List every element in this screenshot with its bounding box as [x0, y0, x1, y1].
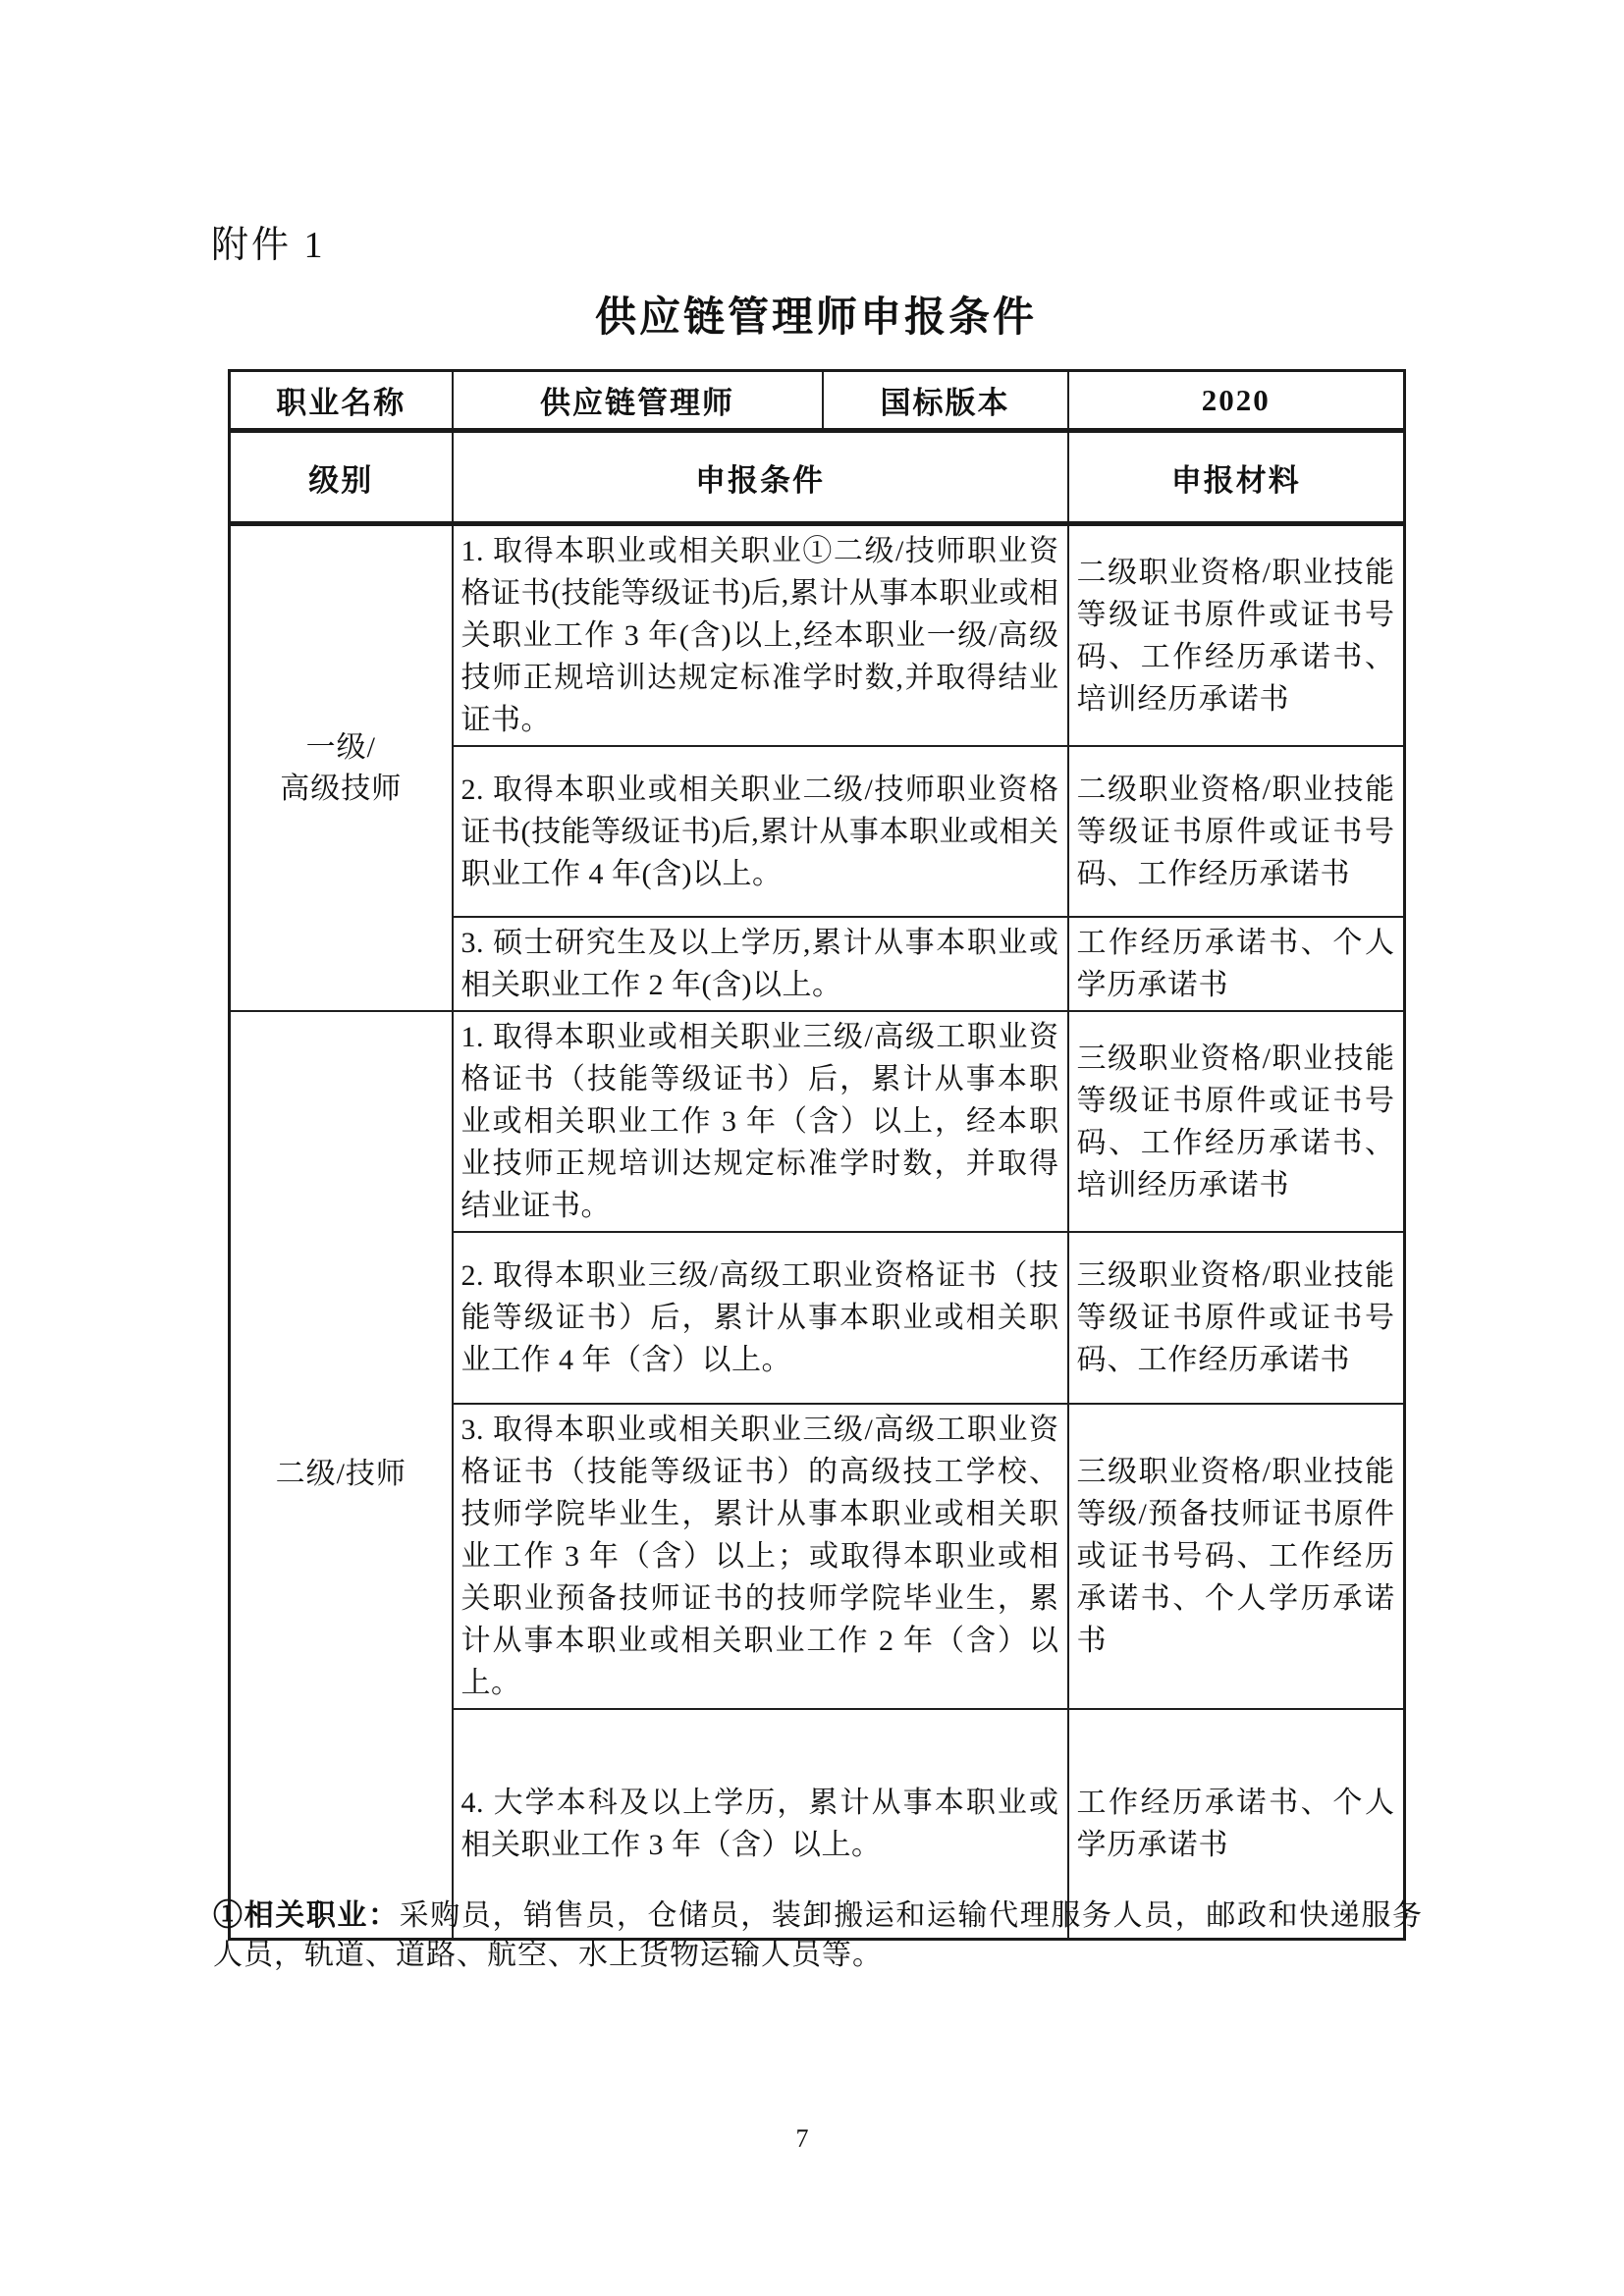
application-conditions-table: 职业名称 供应链管理师 国标版本 2020 级别 申报条件 申报材料 一级/ 高… [228, 369, 1406, 1941]
level-line: 二级/技师 [239, 1454, 444, 1495]
condition-cell: 2. 取得本职业或相关职业二级/技师职业资格证书(技能等级证书)后,累计从事本职… [453, 746, 1068, 917]
condition-cell: 3. 硕士研究生及以上学历,累计从事本职业或相关职业工作 2 年(含)以上。 [453, 917, 1068, 1011]
footnote-label: ①相关职业： [213, 1899, 400, 1932]
occupation-name-label: 职业名称 [230, 371, 453, 431]
footnote: ①相关职业：采购员，销售员，仓储员，装卸搬运和运输代理服务人员，邮政和快递服务人… [213, 1896, 1423, 1975]
condition-cell: 2. 取得本职业三级/高级工职业资格证书（技能等级证书）后，累计从事本职业或相关… [453, 1232, 1068, 1404]
table-meta-row: 职业名称 供应链管理师 国标版本 2020 [230, 371, 1405, 431]
condition-cell: 3. 取得本职业或相关职业三级/高级工职业资格证书（技能等级证书）的高级技工学校… [453, 1404, 1068, 1709]
material-cell: 二级职业资格/职业技能等级证书原件或证书号码、工作经历承诺书 [1068, 746, 1405, 917]
table-header-row: 级别 申报条件 申报材料 [230, 431, 1405, 524]
column-header-materials: 申报材料 [1068, 431, 1405, 524]
level-line: 一级/ [239, 727, 444, 769]
condition-cell: 1. 取得本职业或相关职业三级/高级工职业资格证书（技能等级证书）后，累计从事本… [453, 1011, 1068, 1232]
column-header-conditions: 申报条件 [453, 431, 1068, 524]
standard-version-label: 国标版本 [823, 371, 1068, 431]
level-line: 高级技师 [239, 769, 444, 810]
occupation-name-value: 供应链管理师 [453, 371, 823, 431]
page-title: 供应链管理师申报条件 [213, 285, 1419, 344]
material-cell: 三级职业资格/职业技能等级证书原件或证书号码、工作经历承诺书 [1068, 1232, 1405, 1404]
level-cell-section2: 二级/技师 [230, 1011, 453, 1939]
material-cell: 三级职业资格/职业技能等级/预备技师证书原件或证书号码、工作经历承诺书、个人学历… [1068, 1404, 1405, 1709]
document-page: 附件 1 供应链管理师申报条件 职业名称 供应链管理师 国标版本 2020 级别… [0, 0, 1624, 2296]
column-header-level: 级别 [230, 431, 453, 524]
material-cell: 二级职业资格/职业技能等级证书原件或证书号码、工作经历承诺书、培训经历承诺书 [1068, 524, 1405, 747]
material-cell: 工作经历承诺书、个人学历承诺书 [1068, 917, 1405, 1011]
material-cell: 三级职业资格/职业技能等级证书原件或证书号码、工作经历承诺书、培训经历承诺书 [1068, 1011, 1405, 1232]
level-cell-section1: 一级/ 高级技师 [230, 524, 453, 1012]
condition-cell: 1. 取得本职业或相关职业①二级/技师职业资格证书(技能等级证书)后,累计从事本… [453, 524, 1068, 747]
page-number: 7 [213, 2124, 1391, 2154]
table-row: 一级/ 高级技师 1. 取得本职业或相关职业①二级/技师职业资格证书(技能等级证… [230, 524, 1405, 747]
attachment-label: 附件 1 [211, 214, 326, 268]
table-row: 二级/技师 1. 取得本职业或相关职业三级/高级工职业资格证书（技能等级证书）后… [230, 1011, 1405, 1232]
standard-version-value: 2020 [1068, 371, 1405, 431]
